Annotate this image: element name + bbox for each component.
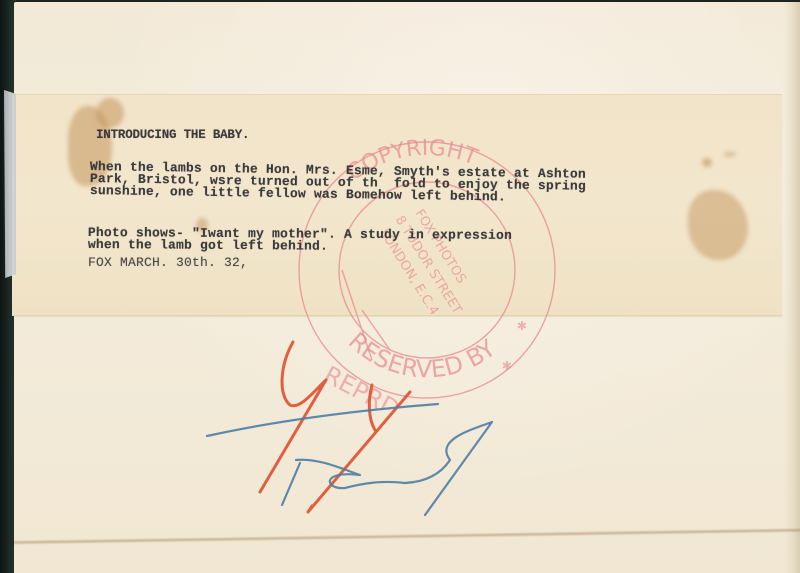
dateline: FOX MARCH. 30th. 32, bbox=[88, 256, 248, 269]
blue-pencil-mark bbox=[207, 404, 492, 515]
stain-spot bbox=[702, 158, 712, 167]
photo-shows-line: when the lamb got left behind. bbox=[88, 238, 328, 253]
pencil-annotations bbox=[200, 330, 500, 530]
water-stain-left-top bbox=[96, 98, 124, 128]
stain-spot bbox=[724, 152, 736, 157]
caption-title: INTRODUCING THE BABY. bbox=[96, 129, 249, 142]
adhesive-tape bbox=[4, 90, 16, 278]
